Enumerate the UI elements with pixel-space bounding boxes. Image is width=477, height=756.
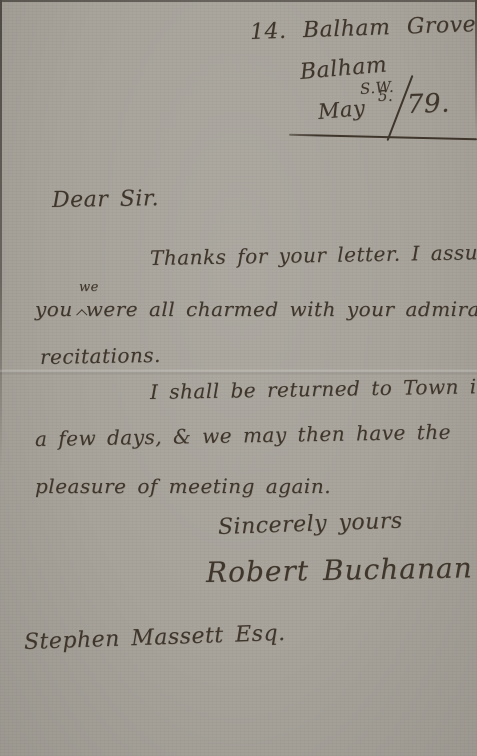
- para2-line2: a few days, & we may then have the: [35, 420, 451, 451]
- letter-scan-page: 14. Balham Grove Balham S.W. May 5. 79. …: [0, 0, 477, 756]
- para2-line1: I shall be returned to Town in: [150, 374, 477, 404]
- para1-line2-before: you: [35, 297, 73, 321]
- date-underline: [289, 134, 477, 141]
- closing: Sincerely yours: [218, 509, 404, 540]
- addressee: Stephen Massett Esq.: [24, 621, 286, 655]
- inserted-word: we: [79, 280, 99, 295]
- scan-edge-top: [0, 0, 477, 2]
- paper-fold-crease: [0, 369, 477, 375]
- scan-edge-left: [0, 0, 2, 469]
- signature: Robert Buchanan: [206, 551, 473, 589]
- salutation: Dear Sir.: [52, 186, 159, 213]
- para1-line2: youwewere all charmed with your admirabl…: [35, 297, 477, 321]
- para1-line2-after: were all charmed with your admirable: [86, 297, 477, 321]
- address-line-1: 14. Balham Grove: [250, 12, 477, 45]
- para1-line3: recitations.: [40, 343, 161, 369]
- date-month: May: [317, 96, 366, 124]
- date-year: 79.: [406, 89, 450, 120]
- date-day: 5.: [378, 87, 393, 105]
- para2-line3: pleasure of meeting again.: [35, 474, 331, 498]
- para1-line1: Thanks for your letter. I assure: [150, 240, 477, 270]
